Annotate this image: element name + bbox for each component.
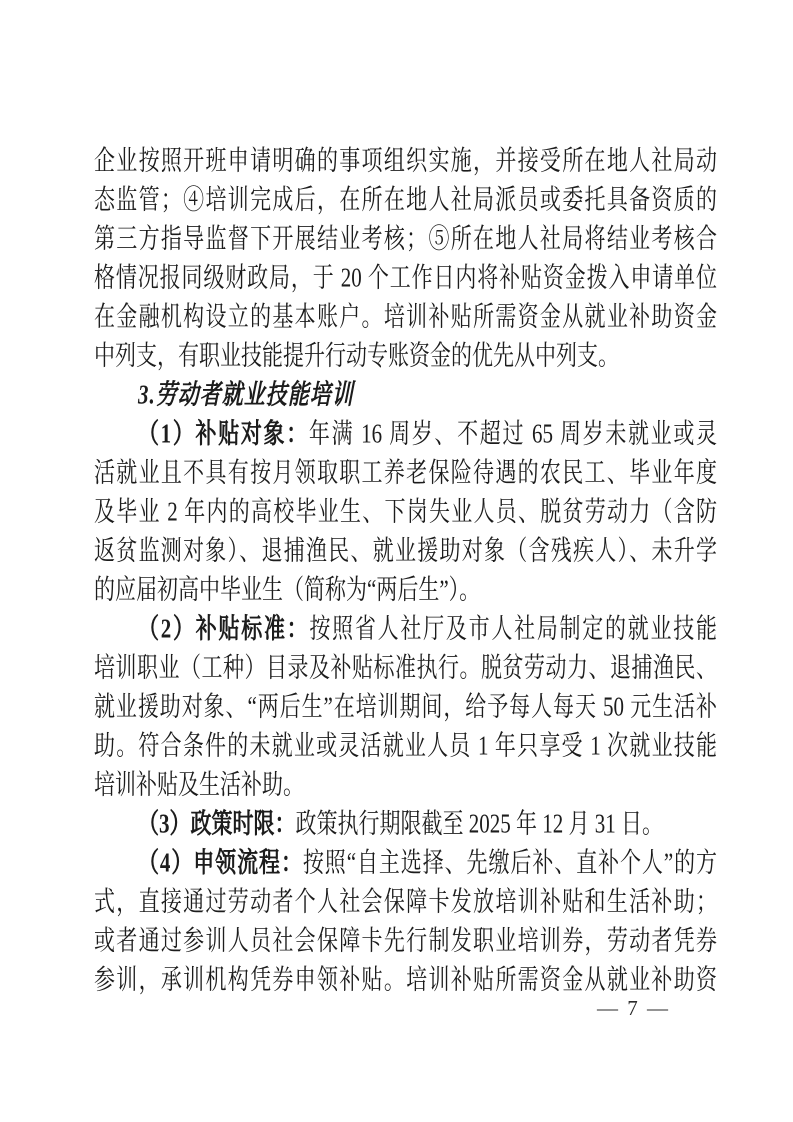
body-text: 中列支，有职业技能提升行动专账资金的优先从中列支。 xyxy=(94,340,619,371)
body-text: 活就业且不具有按月领取职工养老保险待遇的农民工、毕业年度 xyxy=(94,457,717,488)
body-text: 返贫监测对象）、退捕渔民、就业援助对象（含残疾人）、未升学 xyxy=(94,535,717,566)
body-text: 在金融机构设立的基本账户。培训补贴所需资金从就业补助资金 xyxy=(94,301,717,332)
body-text: 助。符合条件的未就业或灵活就业人员 1 年只享受 1 次就业技能 xyxy=(94,730,717,761)
section-heading: 3.劳动者就业技能培训 xyxy=(94,375,717,414)
body-text: 的应届初高中毕业生（简称为“两后生”）。 xyxy=(94,574,480,605)
text-line: 在金融机构设立的基本账户。培训补贴所需资金从就业补助资金 xyxy=(94,297,717,336)
body-text: 就业援助对象、“两后生”在培训期间，给予每人每天 50 元生活补 xyxy=(94,691,717,722)
emphasis-label: （3）政策时限： xyxy=(138,808,296,839)
text-line: 助。符合条件的未就业或灵活就业人员 1 年只享受 1 次就业技能 xyxy=(94,726,717,765)
text-line: 培训职业（工种）目录及补贴标准执行。脱贫劳动力、退捕渔民、 xyxy=(94,648,717,687)
body-text: 培训职业（工种）目录及补贴标准执行。脱贫劳动力、退捕渔民、 xyxy=(94,652,717,683)
text-line: 返贫监测对象）、退捕渔民、就业援助对象（含残疾人）、未升学 xyxy=(94,531,717,570)
text-line: 就业援助对象、“两后生”在培训期间，给予每人每天 50 元生活补 xyxy=(94,687,717,726)
body-text: 格情况报同级财政局，于 20 个工作日内将补贴资金拨入申请单位 xyxy=(94,262,717,293)
body-text: 按照“自主选择、先缴后补、直补个人”的方 xyxy=(303,847,717,878)
document-body: 企业按照开班申请明确的事项组织实施，并接受所在地人社局动态监管；④培训完成后，在… xyxy=(94,141,717,999)
emphasis-label: 3.劳动者就业技能培训 xyxy=(138,379,354,410)
emphasis-label: （4）申领流程： xyxy=(138,847,303,878)
text-line: 第三方指导监督下开展结业考核；⑤所在地人社局将结业考核合 xyxy=(94,219,717,258)
text-line: 及毕业 2 年内的高校毕业生、下岗失业人员、脱贫劳动力（含防 xyxy=(94,492,717,531)
page-number: — 7 — xyxy=(597,996,670,1021)
text-line: （2）补贴标准：按照省人社厅及市人社局制定的就业技能 xyxy=(94,609,717,648)
body-text: 第三方指导监督下开展结业考核；⑤所在地人社局将结业考核合 xyxy=(94,223,717,254)
body-text: 及毕业 2 年内的高校毕业生、下岗失业人员、脱贫劳动力（含防 xyxy=(94,496,717,527)
text-line: 培训补贴及生活补助。 xyxy=(94,765,717,804)
text-line: （3）政策时限：政策执行期限截至 2025 年 12 月 31 日。 xyxy=(94,804,717,843)
text-line: （1）补贴对象：年满 16 周岁、不超过 65 周岁未就业或灵 xyxy=(94,414,717,453)
document-page: 企业按照开班申请明确的事项组织实施，并接受所在地人社局动态监管；④培训完成后，在… xyxy=(0,0,793,1122)
body-text: 政策执行期限截至 2025 年 12 月 31 日。 xyxy=(296,808,664,839)
text-line: 格情况报同级财政局，于 20 个工作日内将补贴资金拨入申请单位 xyxy=(94,258,717,297)
body-text: 式，直接通过劳动者个人社会保障卡发放培训补贴和生活补助； xyxy=(94,886,717,917)
text-line: 态监管；④培训完成后，在所在地人社局派员或委托具备资质的 xyxy=(94,180,717,219)
text-line: 参训，承训机构凭券申领补贴。培训补贴所需资金从就业补助资 xyxy=(94,960,717,999)
text-line: 或者通过参训人员社会保障卡先行制发职业培训券，劳动者凭券 xyxy=(94,921,717,960)
text-line: 中列支，有职业技能提升行动专账资金的优先从中列支。 xyxy=(94,336,717,375)
text-line: 活就业且不具有按月领取职工养老保险待遇的农民工、毕业年度 xyxy=(94,453,717,492)
emphasis-label: （2）补贴标准： xyxy=(138,613,309,644)
text-line: 的应届初高中毕业生（简称为“两后生”）。 xyxy=(94,570,717,609)
text-line: 式，直接通过劳动者个人社会保障卡发放培训补贴和生活补助； xyxy=(94,882,717,921)
body-text: 培训补贴及生活补助。 xyxy=(94,769,304,800)
body-text: 参训，承训机构凭券申领补贴。培训补贴所需资金从就业补助资 xyxy=(94,964,717,995)
body-text: 或者通过参训人员社会保障卡先行制发职业培训券，劳动者凭券 xyxy=(94,925,717,956)
emphasis-label: （1）补贴对象： xyxy=(138,418,309,449)
body-text: 企业按照开班申请明确的事项组织实施，并接受所在地人社局动 xyxy=(94,145,717,176)
body-text: 按照省人社厅及市人社局制定的就业技能 xyxy=(309,613,717,644)
text-line: （4）申领流程：按照“自主选择、先缴后补、直补个人”的方 xyxy=(94,843,717,882)
text-line: 企业按照开班申请明确的事项组织实施，并接受所在地人社局动 xyxy=(94,141,717,180)
body-text: 年满 16 周岁、不超过 65 周岁未就业或灵 xyxy=(309,418,717,449)
body-text: 态监管；④培训完成后，在所在地人社局派员或委托具备资质的 xyxy=(94,184,717,215)
